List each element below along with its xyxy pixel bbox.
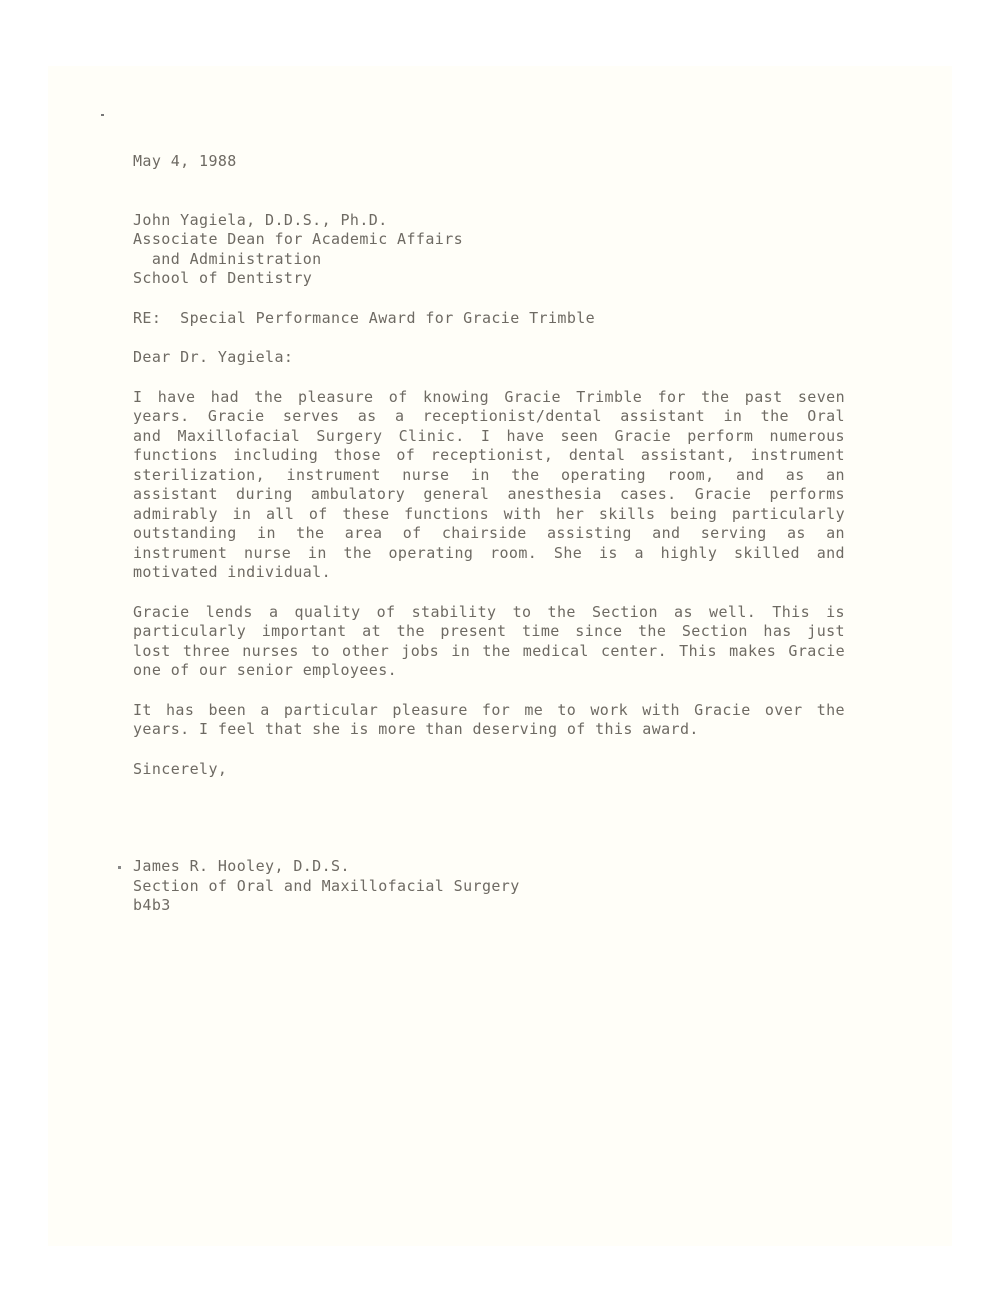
recipient-school: School of Dentistry [133, 269, 845, 289]
recipient-title-cont: and Administration [133, 250, 845, 270]
letter-date: May 4, 1988 [133, 152, 845, 172]
closing: Sincerely, [133, 760, 845, 780]
paragraph-line: outstanding in the area of chairside ass… [133, 524, 845, 544]
paragraph-line: I have had the pleasure of knowing Graci… [133, 388, 845, 408]
reference-initials: b4b3 [133, 896, 845, 916]
paragraph-line: years. I feel that she is more than dese… [133, 720, 845, 740]
paragraph-line: and Maxillofacial Surgery Clinic. I have… [133, 427, 845, 447]
letter-body: May 4, 1988 John Yagiela, D.D.S., Ph.D. … [133, 152, 845, 916]
margin-dot [118, 866, 121, 869]
recipient-title: Associate Dean for Academic Affairs [133, 230, 845, 250]
paragraph-line: assistant during ambulatory general anes… [133, 485, 845, 505]
paragraph-line: sterilization, instrument nurse in the o… [133, 466, 845, 486]
paragraph-line: functions including those of receptionis… [133, 446, 845, 466]
subject-line: RE: Special Performance Award for Gracie… [133, 309, 845, 329]
paragraph-line: Gracie lends a quality of stability to t… [133, 603, 845, 623]
signer-name: James R. Hooley, D.D.S. [133, 857, 845, 877]
signer-title: Section of Oral and Maxillofacial Surger… [133, 877, 845, 897]
stray-ink-mark [101, 114, 104, 116]
paragraph-3: It has been a particular pleasure for me… [133, 701, 845, 740]
signature-block: James R. Hooley, D.D.S. Section of Oral … [133, 857, 845, 916]
paragraph-line: years. Gracie serves as a receptionist/d… [133, 407, 845, 427]
recipient-address: John Yagiela, D.D.S., Ph.D. Associate De… [133, 211, 845, 289]
paragraph-line: admirably in all of these functions with… [133, 505, 845, 525]
recipient-name: John Yagiela, D.D.S., Ph.D. [133, 211, 845, 231]
paragraph-line: particularly important at the present ti… [133, 622, 845, 642]
paragraph-line: It has been a particular pleasure for me… [133, 701, 845, 721]
paragraph-line: lost three nurses to other jobs in the m… [133, 642, 845, 662]
paragraph-line: motivated individual. [133, 563, 845, 583]
paragraph-1: I have had the pleasure of knowing Graci… [133, 388, 845, 583]
paragraph-line: one of our senior employees. [133, 661, 845, 681]
salutation: Dear Dr. Yagiela: [133, 348, 845, 368]
paragraph-line: instrument nurse in the operating room. … [133, 544, 845, 564]
paragraph-2: Gracie lends a quality of stability to t… [133, 603, 845, 681]
